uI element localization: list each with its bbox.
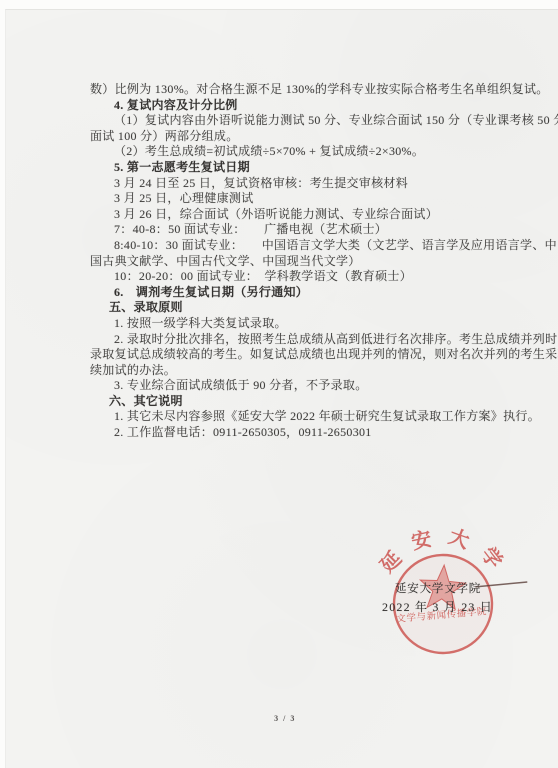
- document-line: 2. 录取时分批次排名，按照考生总成绩从高到低进行名次排序。考生总成绩并列时，: [90, 332, 500, 348]
- document-line: 3 月 24 日至 25 日，复试资格审核：考生提交审核材料: [90, 176, 500, 192]
- document-line: 国古典文献学、中国古代文学、中国现当代文学）: [90, 254, 500, 270]
- official-seal-stamp: 延安大学 文学与新闻传播学院: [358, 526, 538, 666]
- document-line: 1. 按照一级学科大类复试录取。: [90, 316, 500, 332]
- document-line: 续加试的办法。: [90, 363, 500, 379]
- document-line: 面试 100 分）两部分组成。: [90, 129, 500, 145]
- page-number: 3 / 3: [6, 714, 558, 723]
- document-line: 录取复试总成绩较高的考生。如复试总成绩也出现并列的情况，则对名次并列的考生采取继: [90, 347, 500, 363]
- section-heading: 5. 第一志愿考生复试日期: [90, 160, 500, 176]
- document-line: 7：40-8：50 面试专业： 广播电视（艺术硕士）: [90, 222, 500, 238]
- document-body: 数）比例为 130%。对合格生源不足 130%的学科专业按实际合格考生名单组织复…: [90, 82, 500, 441]
- signature-organization: 延安大学文学院: [395, 580, 481, 596]
- section-heading: 6. 调剂考生复试日期（另行通知）: [90, 285, 500, 301]
- document-line: 数）比例为 130%。对合格生源不足 130%的学科专业按实际合格考生名单组织复…: [90, 82, 500, 98]
- document-line: 2. 工作监督电话：0911-2650305，0911-2650301: [90, 425, 500, 441]
- document-line: 3 月 26 日，综合面试（外语听说能力测试、专业综合面试）: [90, 207, 500, 223]
- signature-date: 2022 年 3 月 23 日: [382, 598, 493, 615]
- document-line: 8:40-10：30 面试专业： 中国语言文学大类（文艺学、语言学及应用语言学、…: [90, 238, 500, 254]
- section-heading: 五、录取原则: [90, 300, 500, 316]
- document-line: （1）复试内容由外语听说能力测试 50 分、专业综合面试 150 分（专业课考核…: [90, 113, 500, 129]
- section-heading: 4. 复试内容及计分比例: [90, 98, 500, 114]
- document-line: 1. 其它未尽内容参照《延安大学 2022 年硕士研究生复试录取工作方案》执行。: [90, 409, 500, 425]
- section-heading: 六、其它说明: [90, 394, 500, 410]
- document-line: （2）考生总成绩=初试成绩÷5×70% + 复试成绩÷2×30%。: [90, 144, 500, 160]
- document-line: 10：20-20：00 面试专业： 学科教学语文（教育硕士）: [90, 269, 500, 285]
- document-line: 3. 专业综合面试成绩低于 90 分者，不予录取。: [90, 378, 500, 394]
- document-line: 3 月 25 日，心理健康测试: [90, 191, 500, 207]
- scanned-document-page: 数）比例为 130%。对合格生源不足 130%的学科专业按实际合格考生名单组织复…: [5, 9, 558, 768]
